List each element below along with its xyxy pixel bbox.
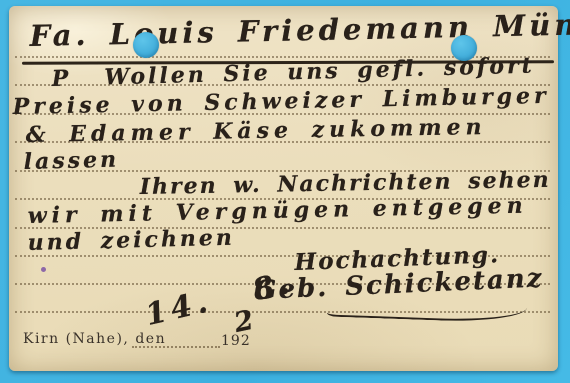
handwriting-line-addressee: Fa. Louis Friedemann München xyxy=(29,6,570,53)
date-dotted-line xyxy=(132,346,220,348)
punch-hole-right-icon xyxy=(451,35,477,61)
postcard: Fa. Louis Friedemann München P Wollen Si… xyxy=(9,6,558,371)
punch-hole-left-icon xyxy=(133,32,159,58)
handwriting-line-5: lassen xyxy=(23,147,119,175)
handwriting-line-8: und zeichnen xyxy=(27,225,235,256)
ink-dot xyxy=(41,267,46,272)
printed-dateline-label: Kirn (Nahe), den xyxy=(23,331,166,347)
scan-background: Fa. Louis Friedemann München P Wollen Si… xyxy=(0,0,570,383)
signature-flourish xyxy=(327,299,528,324)
handwritten-day-month: 14. 8. xyxy=(142,265,297,333)
